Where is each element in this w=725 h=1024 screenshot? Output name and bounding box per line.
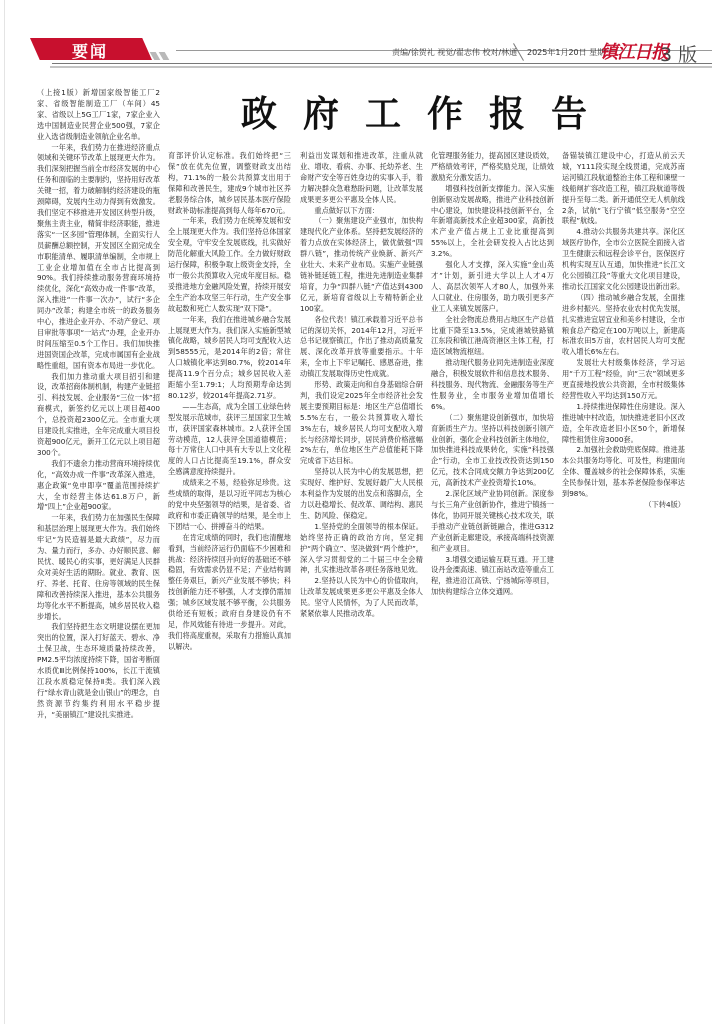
page-edge-line: [4, 0, 5, 1024]
paragraph: （四）推动城乡融合发展，全面推进乡村振兴。坚持农业农村优先发展，扎实推进宜居宜业…: [562, 293, 685, 358]
paragraph: 2.加强社会救助兜底保障。推进基本公共服务均等化、可及性，构建面向全体、覆盖城乡…: [562, 445, 685, 500]
paragraph: ——生态高，成为全国工业绿色转型发展示范城市，获评三星国家卫生城市，获评国家森林…: [168, 402, 291, 478]
paragraph: 发展壮大村级集体经济，学习运用“千万工程”经验，向“三农”领域更多更直接地投放公…: [562, 358, 685, 402]
header-rule-gray: [50, 66, 712, 68]
paragraph: （二）聚焦建设创新强市，加快培育新质生产力。坚持以科技创新引领产业创新，强化企业…: [431, 413, 554, 489]
paragraph: 全社会物流总费用占地区生产总值比重下降至13.5%，完成港城铁路镇江东段和镇江港…: [431, 315, 554, 359]
paragraph: 一年来，我们势力在统筹发展和安全上展现更大作为。我们坚持总体国家安全观，守牢安全…: [168, 216, 291, 314]
paragraph: 利益出发谋划和推进改革，注重从就业、增收、看病、办事、托幼养老、生命财产安全等百…: [300, 151, 423, 206]
paragraph: 推动现代服务业同先进制造业深度融合，积极发展软件和信息技术服务、科技服务、现代物…: [431, 358, 554, 413]
text-column-4: 化管理服务能力，提高园区建设质效，严格绩效考评，严格奖励兑现，让绩效激励充分激发…: [431, 151, 554, 1002]
paragraph: 一年来，我们在推进城乡融合发展上展现更大作为。我们深入实施新型城镇化战略，城乡居…: [168, 315, 291, 402]
paragraph: 我们不遗余力推动营商环境持续优化，“高效办成一件事”改革深入推进，惠企政策“免申…: [37, 459, 160, 514]
paragraph: （上接1版）新增国家级智能工厂2家、省级智能制造工厂（车间）45家、省级以上5G…: [37, 88, 160, 143]
paragraph: 重点做好以下方面：: [300, 206, 423, 217]
article-title: 政府工作报告: [168, 86, 686, 137]
paragraph: 形势、政策走向和自身基础综合研判，我们设定2025年全市经济社会发展主要预期目标…: [300, 380, 423, 467]
paragraph: （一）聚焦建设产业强市，加快构建现代化产业体系。坚持把发展经济的着力点放在实体经…: [300, 216, 423, 314]
section-label: 要闻: [72, 39, 108, 62]
paragraph: 1.坚持党的全面领导的根本保证。始终坚持正确的政治方向，坚定拥护“两个确立”、坚…: [300, 522, 423, 577]
editor-credits: 责编/徐贺礼 视觉/翟志伟 校对/林通: [392, 47, 517, 58]
newspaper-masthead-logo: 镇江日报: [600, 38, 668, 64]
paragraph: 备锚装镇江建设中心，打造从前云天城，Y111段实现全线贯通，完成苏南运河镇江段航…: [562, 151, 685, 227]
paragraph: 一年来，我们势力在推进经济重点领域和关键环节改革上展现更大作为。我们深刻把握当前…: [37, 143, 160, 372]
paragraph: 2.深化区域产业协同创新。深度参与长三角产业创新协作，推进宁镇扬一体化，协同开展…: [431, 489, 554, 554]
paragraph: 坚持以人民为中心的发展思想，把实现好、维护好、发展好最广大人民根本利益作为发展的…: [300, 467, 423, 522]
continued-on-page-note: （下转4版）: [562, 500, 685, 511]
paragraph: 增强科技创新支撑能力。深入实施创新驱动发展战略，推进产业科技创新中心建设，加快建…: [431, 184, 554, 260]
paragraph: 成绩来之不易，经验弥足珍贵。这些成绩的取得，是以习近平同志为核心的党中央坚强领导…: [168, 478, 291, 533]
paragraph: 各位代表！镇江承载着习近平总书记的深切关怀，2014年12月，习近平总书记视察镇…: [300, 315, 423, 380]
text-column-5: 备锚装镇江建设中心，打造从前云天城，Y111段实现全线贯通，完成苏南运河镇江段航…: [562, 151, 685, 1002]
text-column-2: 育部评价认定标准。我们始终把“三保”放在优先位置，调整财政支出结构，71.1%的…: [168, 151, 291, 1002]
paragraph: 4.推动公共服务共建共享。深化区域医疗协作，全市公立医院全面接入省卫生健康云和远…: [562, 227, 685, 292]
paragraph: 我们坚持把生态文明建设摆在更加突出的位置，深入打好蓝天、碧水、净土保卫战，生态环…: [37, 622, 160, 720]
paragraph: 3.增强交通运输互联互通。开工建设丹金溧高速、镇江南站改造等重点工程，推进沿江高…: [431, 555, 554, 599]
page-header: 要闻 责编/徐贺礼 视觉/翟志伟 校对/林通 2025年1月20日 星期一 镇江…: [0, 0, 725, 70]
paragraph: 1.持续推进保障性住房建设。深入推进城中村改造，加快推进老旧小区改造，全年改造老…: [562, 402, 685, 446]
section-tab: 要闻: [30, 38, 152, 60]
page-number: 3 版: [660, 40, 697, 67]
decorative-stripe: [159, 52, 170, 60]
text-column-1: （上接1版）新增国家级智能工厂2家、省级智能制造工厂（车间）45家、省级以上5G…: [37, 88, 160, 1002]
paragraph: 在肯定成绩的同时，我们也清醒地看到，当前经济运行仍面临不少困难和挑战：经济持续回…: [168, 533, 291, 653]
paragraph: 育部评价认定标准。我们始终把“三保”放在优先位置，调整财政支出结构，71.1%的…: [168, 151, 291, 216]
paragraph: 强化人才支撑，深入实施“金山英才”计划，新引进大学以上人才4万人、高层次领军人才…: [431, 260, 554, 315]
text-column-3: 利益出发谋划和推进改革，注重从就业、增收、看病、办事、托幼养老、生命财产安全等百…: [300, 151, 423, 1002]
paragraph: 我们加力推动重大项目招引和建设，改革招商体制机制，构建产业链招引、科技发展、企业…: [37, 372, 160, 459]
paragraph: 一年来，我们势力在加强民生保障和基层治理上展现更大作为。我们始终牢记“为民造福是…: [37, 513, 160, 622]
paragraph: 化管理服务能力，提高园区建设质效，严格绩效考评，严格奖励兑现，让绩效激励充分激发…: [431, 151, 554, 184]
paragraph: 2.坚持以人民为中心的价值取向，让改革发展成果更多更公平惠及全体人民。坚守人民情…: [300, 576, 423, 620]
